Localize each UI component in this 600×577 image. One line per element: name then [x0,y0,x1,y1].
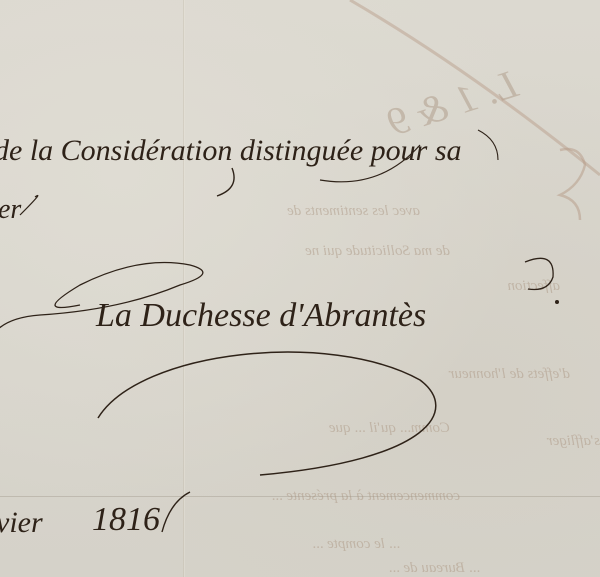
signature-text: La Duchesse d'Abrantès [95,297,426,334]
signature-dot [555,300,559,304]
closing-line-text: de la Considération distinguée pour sa [0,134,462,167]
signature-paraph-oval [98,352,436,475]
handwriting-layer: de la Considération distinguée pour sa e… [0,0,600,577]
date-year: 1816 [92,501,160,538]
letter-page: L. 1 & 9 avec les sentiments de de ma So… [0,0,600,577]
closing-line-end-text: er [0,194,21,225]
date-month-partial: vier [0,506,43,539]
